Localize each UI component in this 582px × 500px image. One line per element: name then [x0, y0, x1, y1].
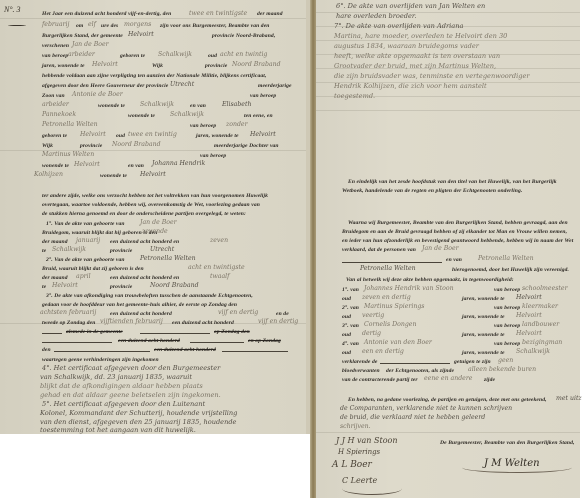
printed-declared: verklaard, dat de personen van: [342, 247, 416, 254]
witness-2-residence: Helvoirt: [516, 312, 542, 319]
printed-wijk: Wijk: [152, 63, 163, 70]
hw-item1-month: januarij: [76, 237, 100, 244]
hw-month: februarij: [42, 21, 69, 28]
hw-closing-1: met uitzondering: [556, 395, 582, 402]
hw-bride-birthplace: Helvoirt: [80, 131, 106, 138]
hw-extra-line-7: van den dienst, afgegeven den 25 januari…: [40, 419, 236, 426]
hw-extra-line-1: 4°. Het certificaat afgegeven door den B…: [42, 365, 220, 372]
witness-1-label: 1°. van: [342, 287, 359, 294]
printed-and-of-3: en van: [446, 257, 462, 264]
act-number: N°. 3: [4, 5, 21, 14]
hw-bride-name: Petronella Welten: [42, 121, 98, 128]
printed-whereupon-line2: Bruidegom en aan de Bruid gevraagd hebbe…: [342, 229, 567, 236]
blank-line: [222, 351, 288, 352]
printed-occupation-4: van beroep: [200, 153, 226, 160]
hw-hour: elf: [88, 21, 96, 28]
item2-place-label: te: [42, 284, 46, 291]
printed-residing-4: jaren, wonende te: [196, 133, 239, 140]
witness-4-label: 4°. van: [342, 341, 359, 348]
witness-2-occupation: kleermaker: [522, 303, 558, 310]
hw-top-line-8: die zijn bruidsvader was, tenminste en v…: [334, 73, 530, 80]
item3-den: den: [42, 347, 51, 354]
printed-age-2: oud: [116, 133, 125, 140]
printed-occupation-2: van beroep: [250, 93, 276, 100]
printed-and-of: en van: [190, 103, 206, 110]
hw-top-line-2: hare overleden broeder.: [336, 13, 416, 20]
printed-united: hierogenoemd, door het Huwelijk zijn ver…: [452, 267, 569, 274]
hw-bride-mother-residence: Helvoirt: [140, 171, 166, 178]
hw-item2-day: acht en twintigste: [188, 264, 245, 271]
witness-3-occ-label: van beroep: [494, 323, 520, 330]
printed-son-of: Zoon van: [42, 93, 65, 100]
witness-3-residence: Helvoirt: [516, 330, 542, 337]
witness-4-occ-label: van beroep: [494, 341, 520, 348]
item1-year-label: een duizend acht honderd en: [110, 239, 179, 246]
hw-item2-year: twaalf: [210, 273, 229, 280]
hw-extra-line-5: 5°. Het certificaat afgegeven door den L…: [42, 401, 205, 408]
item1-province-label: provincie: [110, 248, 132, 255]
witness-4-age: een en dertig: [362, 348, 404, 355]
hw-groom-birthplace: Schalkwijk: [158, 51, 192, 58]
witness-2-res-label: jaren, wonende te: [462, 314, 505, 321]
hw-municipality: Helvoirt: [128, 31, 154, 38]
right-page: 6°. De akte van overlijden van Jan Welte…: [312, 0, 580, 498]
ruled-line: [312, 40, 580, 41]
ruled-line: [312, 432, 580, 433]
witness-1-residence: Helvoirt: [516, 294, 542, 301]
item3-sunday: op Zondag den: [214, 329, 250, 336]
printed-residing-6: wonende te: [100, 173, 127, 180]
hw-groom-mother-surname: Pannekoek: [42, 111, 76, 118]
hw-item2-name: Petronella Welten: [140, 255, 196, 262]
hw-item2-month: april: [76, 273, 91, 280]
book-spine: [310, 0, 316, 498]
printed-one-side: ten eene, en: [244, 113, 273, 120]
hw-bride-province: Noord Braband: [112, 141, 161, 148]
hw-groom-father-residence: Schalkwijk: [140, 101, 174, 108]
hw-item1-place: Schalkwijk: [52, 246, 86, 253]
hw-day: twee en twintigste: [189, 10, 247, 17]
hw-top-line-10: toegestemd.: [334, 93, 375, 100]
hw-top-line-9: Hendrik Kolhijzen, die zich voor hem aan…: [334, 83, 487, 90]
printed-appeared-label: verschenen: [42, 43, 69, 50]
blank-line: [380, 363, 450, 364]
hw-relation: geen: [498, 357, 513, 364]
official-title: De Burgemeester, Beambte van den Burgerl…: [440, 440, 574, 447]
left-page: N°. 3 Het Jaar een duizend acht honderd …: [0, 0, 312, 434]
item1-label: 1°. Van de akte van geboorte van: [46, 221, 125, 228]
hw-closing-2: de Comparanten, verklarende niet te kunn…: [340, 405, 512, 412]
hw-militia-province: Utrecht: [170, 81, 194, 88]
hw-item1-province: Utrecht: [150, 246, 174, 253]
printed-contracting-party: van de contracterende partij ter: [342, 377, 418, 384]
witness-1-name: Johannes Hendrik van Stoon: [364, 285, 454, 292]
printed-whereupon-line3: en ieder van hun afzonderlijk en bevesti…: [342, 238, 573, 245]
printed-witnesses-be: getuigen te zijn: [454, 359, 491, 366]
mayor-signature-flourish: [462, 462, 572, 473]
item3-label: 3°. De akte van afkondiging van trouwbel…: [46, 293, 253, 300]
printed-occupation-3: van beroep: [190, 123, 216, 130]
item3-sunday-2: en op Zondag: [248, 338, 281, 345]
witness-3-age: dertig: [362, 330, 381, 337]
witness-3-occupation: landbouwer: [522, 321, 559, 328]
item1-line2: Bruidegom, waaruit blijkt dat hij gebore…: [42, 230, 157, 237]
hw-top-line-5: augustus 1834, waaraan bruidegoms vader: [334, 43, 479, 50]
item3-year-label: een duizend acht honderd: [110, 311, 172, 318]
hw-item3-first-year: vijf en dertig: [218, 309, 258, 316]
hw-declared-bride-first: Petronella Welten: [478, 255, 534, 262]
printed-side: zijde: [484, 377, 495, 384]
printed-residing-5: wonende te: [42, 163, 69, 170]
item3-and: en de: [276, 311, 289, 318]
hw-bride-age: twee en twintig: [128, 131, 177, 138]
printed-wijk-2: Wijk: [42, 143, 53, 150]
item3-also-in: alsmede in de gemeente: [66, 329, 123, 336]
hw-extra-line-3: blijkt dat de afkondigingen aldaar hebbe…: [40, 383, 203, 390]
item2-province-label: provincie: [110, 284, 132, 291]
hw-groom-province: Noord Braband: [232, 61, 281, 68]
hw-top-line-3: 7°. De akte van overlijden van Adriana: [334, 23, 463, 30]
hw-time-of-day: morgens: [124, 21, 151, 28]
hw-extra-line-6: Kolonel, Kommandant der Schutterij, houd…: [40, 410, 237, 417]
hw-groom-occupation: arbeider: [68, 51, 95, 58]
printed-whereof: Van al hetwelk wij deze akte hebben opge…: [346, 277, 514, 284]
hw-bride-occupation: zonder: [226, 121, 248, 128]
printed-of-spouses: der Echtgenooten, als zijnde: [386, 368, 454, 375]
witness-1-age-label: oud: [342, 296, 351, 303]
item3-line2: gedaan voor de hoofddeur van het gemeent…: [42, 302, 237, 309]
printed-born-at: geboren te: [120, 53, 145, 60]
witness-4-occupation: bezigingman: [522, 339, 562, 346]
blank-line: [190, 342, 244, 343]
hw-item2-province: Noord Braband: [150, 282, 199, 289]
printed-appeared: zijn voor ons Burgemeester, Beambte van …: [160, 23, 270, 30]
hw-groom-age: acht en twintig: [220, 51, 267, 58]
printed-relatives: bloedverwanten: [342, 368, 380, 375]
witness-3-age-label: oud: [342, 332, 351, 339]
printed-line-intro: Het Jaar een duizend acht honderd vijf-e…: [42, 11, 171, 18]
hw-closing-3: de bruid, die verklaard niet te hebben g…: [340, 414, 485, 421]
printed-para2-line1: ter andere zijde, welke ons verzocht heb…: [42, 193, 268, 200]
blank-line: [42, 342, 112, 343]
hw-groom-father: Antonie de Boer: [72, 91, 123, 98]
witness-2-name: Martinus Spierings: [364, 303, 424, 310]
hw-bride-residence: Helvoirt: [250, 131, 276, 138]
hw-extra-line-2: van Schalkwijk, dd. 23 januarij 1835, wa…: [40, 374, 192, 381]
witness-1-age: zeven en dertig: [362, 294, 411, 301]
item2-month-label: der maand: [42, 275, 68, 282]
item2-year-label: een duizend acht honderd en: [110, 275, 179, 282]
printed-no-objections: waartegen geene verhinderingen zijn inge…: [42, 357, 159, 364]
printed-and-have: En hebben, na gedane voorlezing, de part…: [348, 397, 547, 404]
hw-bride-father: Martinus Welten: [42, 151, 94, 158]
blank-line: [42, 333, 62, 334]
printed-major: meerderjarige: [258, 83, 292, 90]
printed-municipality-label: Burgerlijken Stand, der gemeente: [42, 33, 123, 40]
ruled-line: [312, 110, 580, 111]
witness-4-age-label: oud: [342, 350, 351, 357]
blank-line: [140, 333, 210, 334]
printed-age: oud: [208, 53, 217, 60]
witness-4-name: Antonie van den Boer: [364, 339, 432, 346]
printed-province: provincie Noord-Braband,: [212, 33, 275, 40]
hw-top-line-4: Martina, hare moeder, overleden te Helvo…: [334, 33, 507, 40]
printed-finally-line1: En eindelijk van het zesde hoofdstuk van…: [348, 179, 557, 186]
hw-top-line-6: heeft, welke akte opgemaakt is ten overs…: [334, 53, 500, 60]
printed-para2-line3: de stukken hierna genoemd en door de ond…: [42, 211, 246, 218]
hw-top-line-7: Grootvader der bruid, met zijn Martinus …: [334, 63, 496, 70]
printed-and-of-2: en van: [128, 163, 144, 170]
printed-residing-3: wonende te: [128, 113, 155, 120]
hw-item3-first: achtsten februarij: [40, 309, 96, 316]
printed-para2-line2: overtegaan, waartoe voldoende, hebben wi…: [42, 202, 260, 209]
witness-2-age: veertig: [362, 312, 384, 319]
hw-item2-place: Helvoirt: [52, 282, 78, 289]
item3-year-4: een duizend acht honderd: [154, 347, 216, 354]
printed-militia: hebbende voldaan aan zijne verpligting t…: [42, 73, 266, 80]
item1-place-label: te: [42, 248, 46, 255]
hw-extra-line-8: toestemming tot het aangaan van dit huwe…: [40, 427, 196, 434]
hw-item1-day: zevende: [142, 228, 168, 235]
witness-4-res-label: jaren, wonende te: [462, 350, 505, 357]
blank-line: [54, 351, 150, 352]
item1-month-label: der maand: [42, 239, 68, 246]
witness-3-res-label: jaren, wonende te: [462, 332, 505, 339]
witness-1-res-label: jaren, wonende te: [462, 296, 505, 303]
hw-item1-name: Jan de Boer: [140, 219, 177, 226]
hw-extra-line-4: gehad en dat aldaar geene beletselen zij…: [40, 392, 221, 399]
signature-witness-2: H Spierings: [338, 448, 380, 456]
signature-flourish: [342, 482, 402, 495]
witness-1-occ-label: van beroep: [494, 287, 520, 294]
item2-line2: Bruid, waaruit blijkt dat zij geboren is…: [42, 266, 144, 273]
hw-bride-mother-surname: Kolhijzen: [34, 171, 63, 178]
printed-ure: ure des: [101, 23, 118, 30]
printed-governor: afgegeven door den Heere Gouverneur der …: [42, 83, 168, 90]
hw-groom-residence: Helvoirt: [92, 61, 118, 68]
item3-second-label: tweede op Zondag den: [42, 320, 95, 327]
witness-1-occupation: schoolmeester: [522, 285, 568, 292]
item3-year-3: een duizend acht honderd: [118, 338, 180, 345]
printed-occupation: van beroep: [42, 53, 68, 60]
hw-side: eene en andere: [424, 375, 472, 382]
printed-residing-2: wonende te: [98, 103, 125, 110]
hw-declared-groom: Jan de Boer: [422, 245, 459, 252]
hw-item3-second-year: vijf en dertig: [258, 318, 298, 325]
signature-witness-3: A L Boer: [332, 460, 372, 470]
witness-2-age-label: oud: [342, 314, 351, 321]
hw-top-line-1: 6°. De akte van overlijden van Jan Welte…: [336, 3, 485, 10]
hw-groom-father-occupation: arbeider: [42, 101, 69, 108]
witness-4-residence: Schalkwijk: [516, 348, 550, 355]
hw-declared-bride-surname: Petronella Welten: [360, 265, 416, 272]
item2-label: 2°. Van de akte van geboorte van: [46, 257, 125, 264]
hw-item3-second: vijftienden februarij: [100, 318, 163, 325]
number-underline: [8, 24, 26, 26]
printed-province-label-2: provincie: [80, 143, 102, 150]
printed-finally-line2: Wetboek, handelende van de regten en pli…: [342, 188, 522, 195]
hw-item1-year: zeven: [210, 237, 228, 244]
hw-groom-name: Jan de Boer: [72, 41, 109, 48]
hw-bride-father-residence: Helvoirt: [74, 161, 100, 168]
witness-3-label: 3°. van: [342, 323, 359, 330]
item3-year-label-2: een duizend acht honderd: [172, 320, 234, 327]
printed-province-label: provincie: [205, 63, 227, 70]
printed-whereupon-line1: Waarna wij Burgemeester, Beambte van den…: [348, 220, 568, 227]
witness-3-name: Cornelis Dongen: [364, 321, 416, 328]
printed-month-label: der maand: [257, 11, 283, 18]
printed-declaring: verklarende de: [342, 359, 377, 366]
printed-residing: jaren, wonende te: [42, 63, 85, 70]
signature-witness-1: J J H van Stoon: [336, 436, 397, 445]
printed-om: om: [76, 23, 83, 30]
printed-born-at-2: geboren te: [42, 133, 67, 140]
ruled-line: [0, 18, 312, 19]
hw-closing-4: schrijven.: [340, 423, 371, 430]
witness-2-label: 2°. van: [342, 305, 359, 312]
hw-groom-mother-residence: Schalkwijk: [170, 111, 204, 118]
printed-daughter-of: meerderjarige Dochter van: [214, 143, 279, 150]
hw-groom-mother: Elisabeth: [222, 101, 251, 108]
blank-line: [342, 262, 442, 263]
hw-degree: alleen bekende buren: [468, 366, 536, 373]
hw-bride-mother: Johanna Hendrik: [152, 160, 205, 167]
witness-2-occ-label: van beroep: [494, 305, 520, 312]
